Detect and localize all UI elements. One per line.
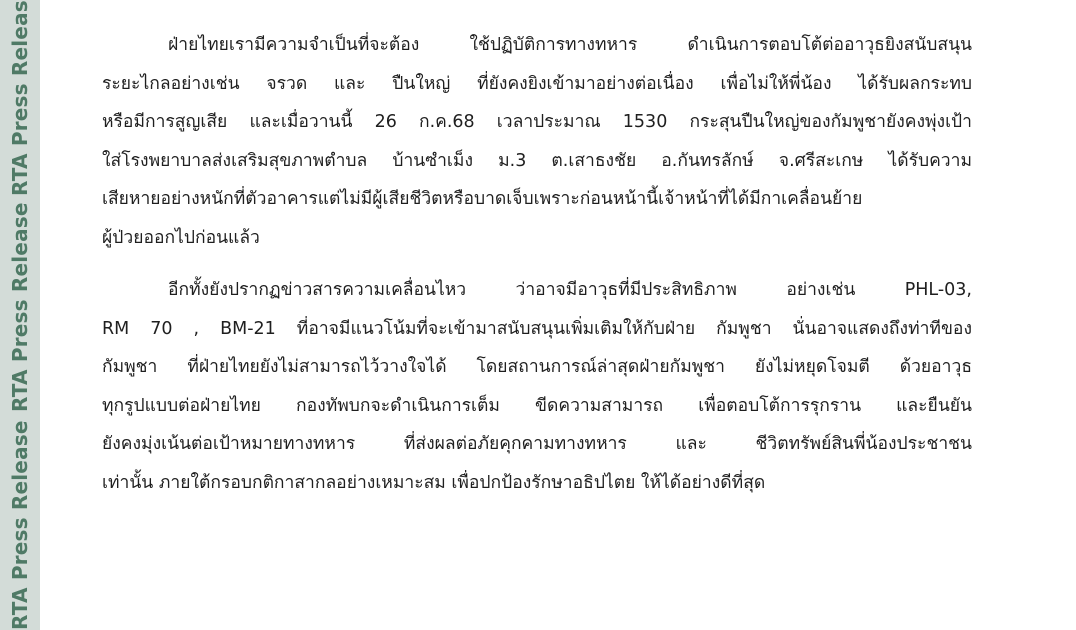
sidebar-label: RTA Press Release: [0, 202, 40, 412]
paragraph-2: อีกทั้งยังปรากฏข่าวสารความเคลื่อนไหว ว่า…: [102, 271, 972, 502]
text-line: RM 70 , BM-21 ที่อาจมีแนวโน้มที่จะเข้ามา…: [102, 310, 972, 349]
text-line: กัมพูชา ที่ฝ่ายไทยยังไม่สามารถไว้วางใจได…: [102, 348, 972, 387]
text-line: ยังคงมุ่งเน้นต่อเป้าหมายทางทหาร ที่ส่งผล…: [102, 425, 972, 464]
text-line: หรือมีการสูญเสีย และเมื่อวานนี้ 26 ก.ค.6…: [102, 103, 972, 142]
text-line: ฝ่ายไทยเรามีความจำเป็นที่จะต้อง ใช้ปฏิบั…: [102, 26, 972, 65]
text-line: อีกทั้งยังปรากฏข่าวสารความเคลื่อนไหว ว่า…: [102, 271, 972, 310]
paragraph-1: ฝ่ายไทยเรามีความจำเป็นที่จะต้อง ใช้ปฏิบั…: [102, 26, 972, 257]
press-release-page: RTA Press Release RTA Press Release RTA …: [0, 0, 1076, 630]
sidebar-banner: RTA Press Release RTA Press Release RTA …: [0, 0, 40, 630]
text-line: ทุกรูปแบบต่อฝ่ายไทย กองทัพบกจะดำเนินการเ…: [102, 387, 972, 426]
document-body: ฝ่ายไทยเรามีความจำเป็นที่จะต้อง ใช้ปฏิบั…: [102, 26, 972, 502]
text-line: เท่านั้น ภายใต้กรอบกติกาสากลอย่างเหมาะสม…: [102, 464, 972, 503]
paragraph-spacer: [102, 257, 972, 271]
text-line: เสียหายอย่างหนักที่ตัวอาคารแต่ไม่มีผู้เส…: [102, 180, 972, 219]
text-line: ระยะไกลอย่างเช่น จรวด และ ปืนใหญ่ ที่ยัง…: [102, 65, 972, 104]
text-line: ผู้ป่วยออกไปก่อนแล้ว: [102, 219, 972, 258]
text-line: ใส่โรงพยาบาลส่งเสริมสุขภาพตำบล บ้านซำเม็…: [102, 142, 972, 181]
sidebar-label: RTA Press Release: [0, 0, 40, 196]
sidebar-label: RTA Press Release: [0, 420, 40, 630]
